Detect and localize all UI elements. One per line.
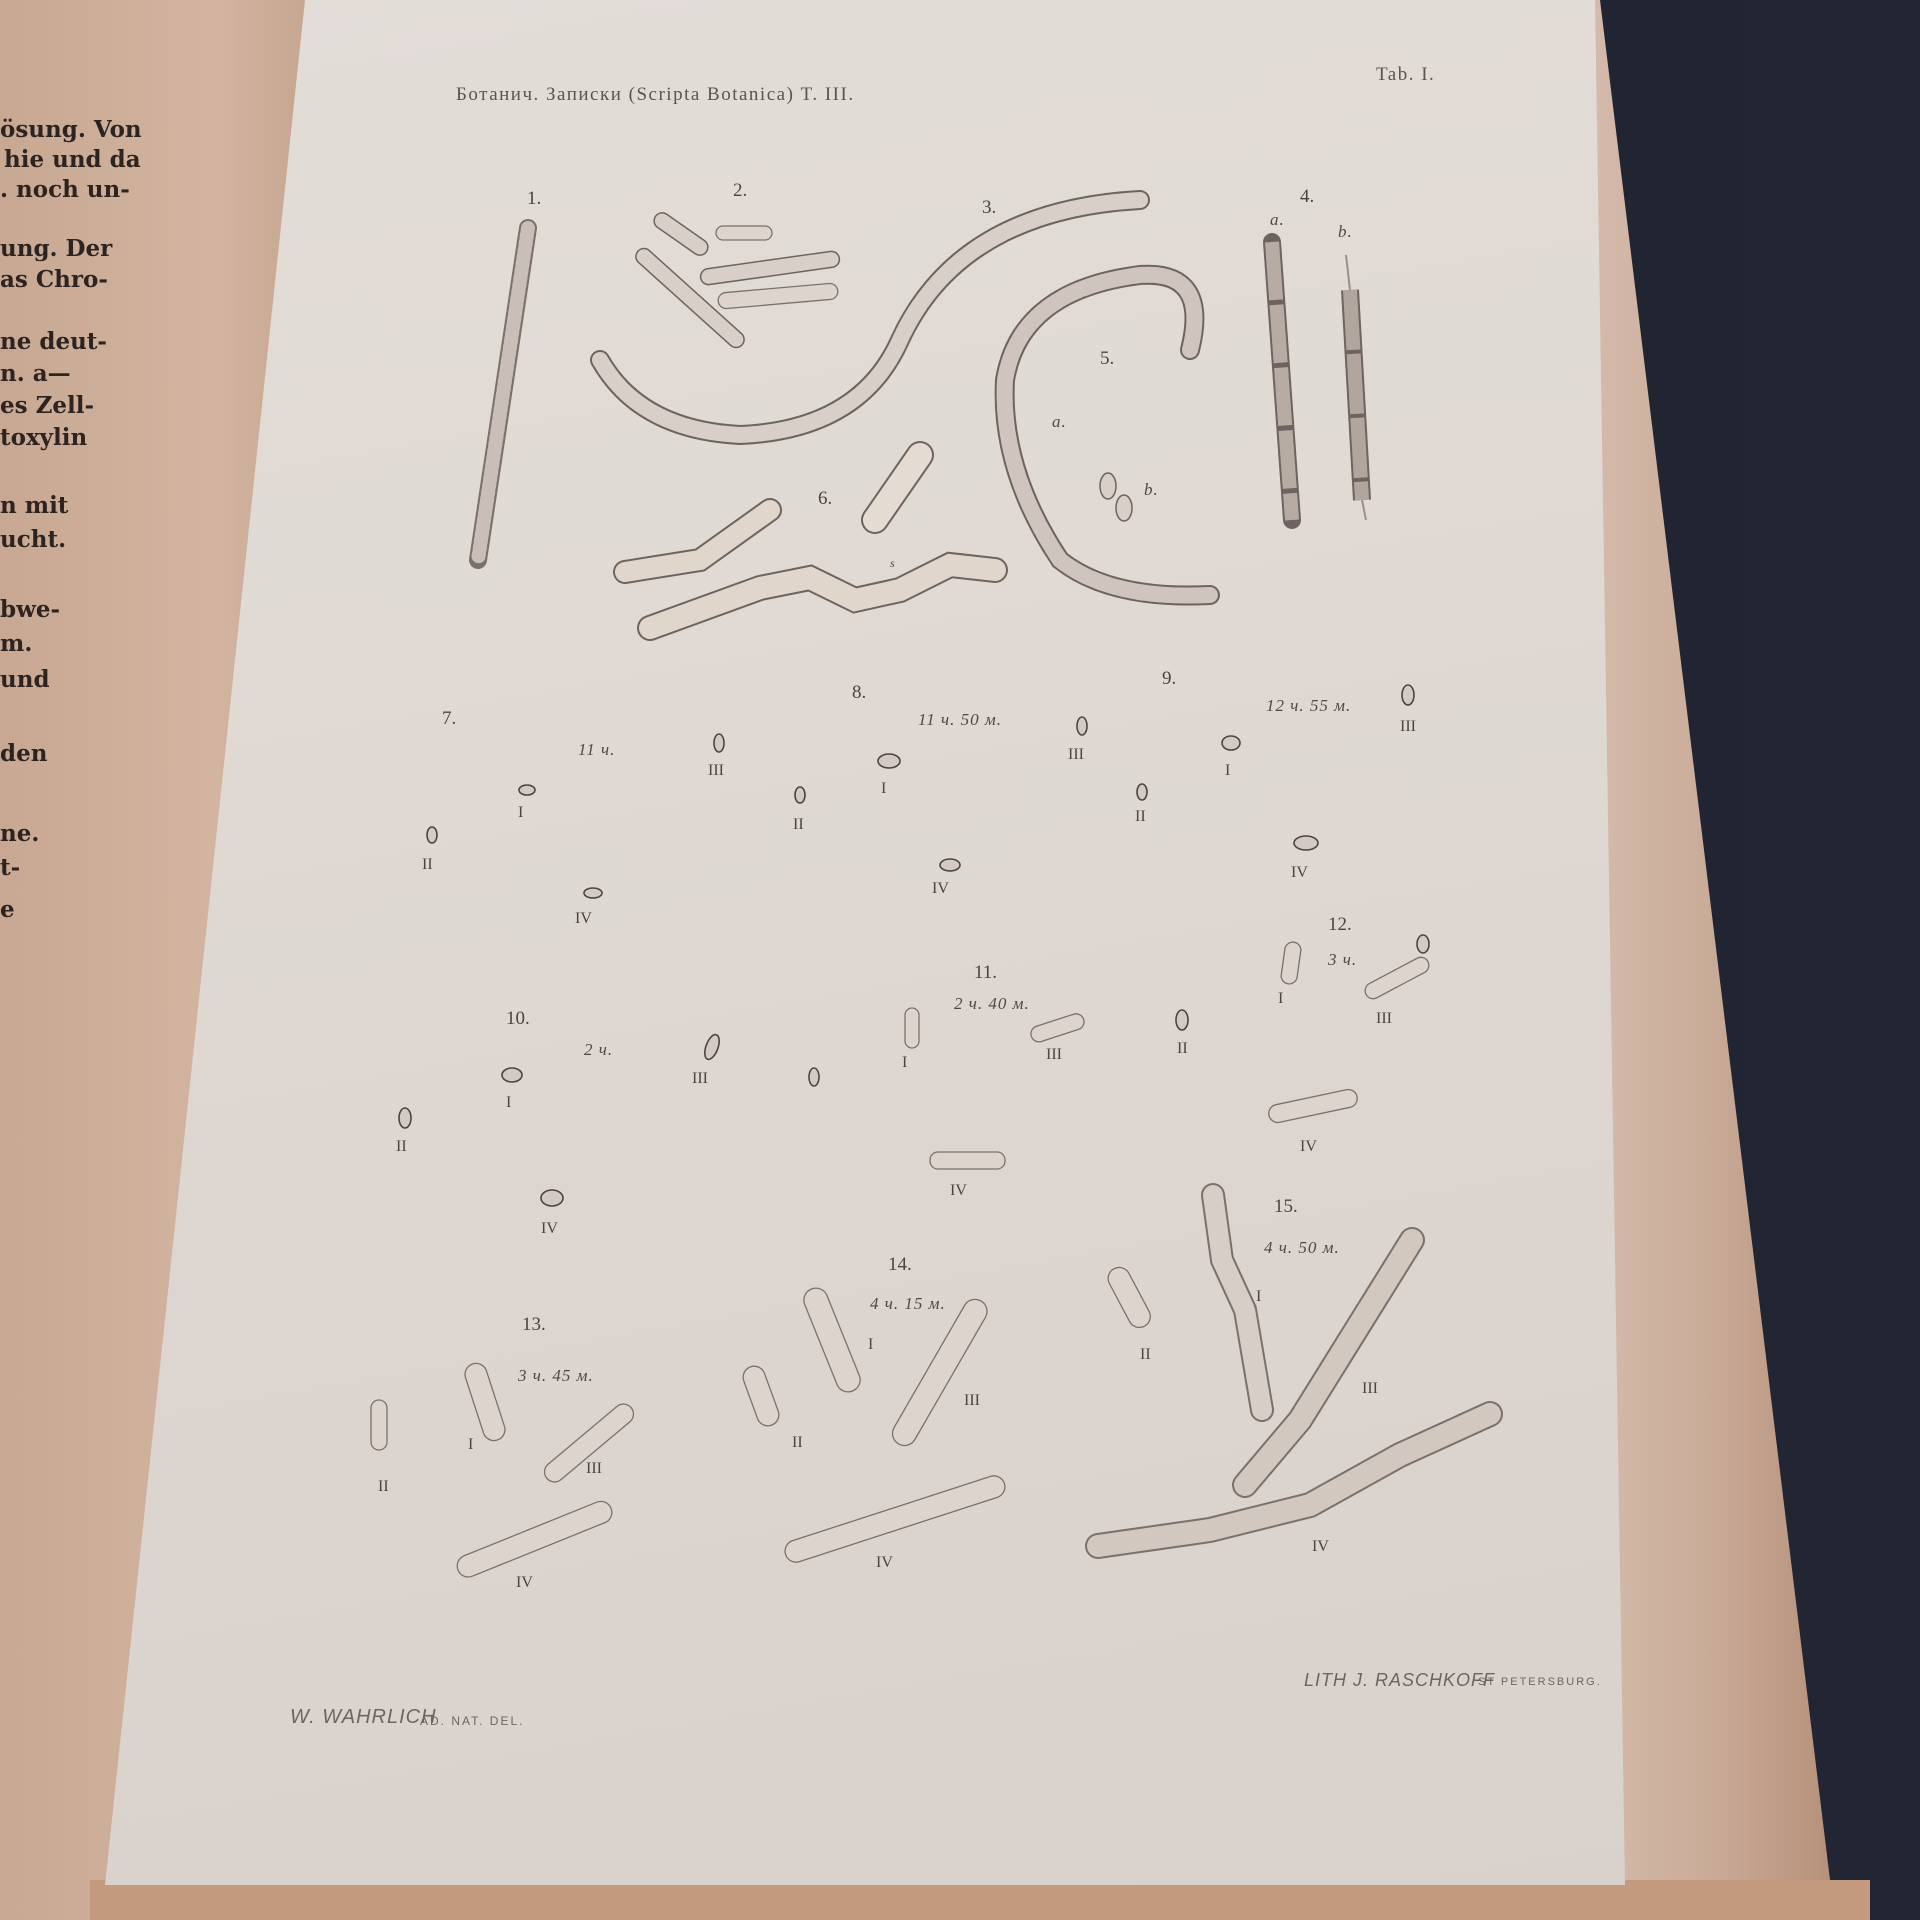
figure-label: 2.	[733, 180, 747, 202]
book-bottom-edge	[90, 1880, 1870, 1920]
plate-page	[105, 0, 1705, 1885]
figure-label: 12.	[1328, 914, 1352, 936]
stage-label: III	[1046, 1046, 1062, 1064]
figure-label: 9.	[1162, 668, 1176, 690]
stage-label: I	[868, 1336, 873, 1354]
text-line: . noch un-	[0, 178, 130, 201]
text-line: ne deut-	[0, 330, 107, 353]
figure-sublabel: b.	[1338, 222, 1353, 242]
stage-label: IV	[1300, 1138, 1317, 1156]
figure-label: 7.	[442, 708, 456, 730]
text-line: ösung. Von	[0, 118, 142, 141]
text-line: n mit	[0, 494, 68, 517]
stage-label: IV	[932, 880, 949, 898]
figure-sublabel: a.	[1052, 412, 1067, 432]
text-line: ucht.	[0, 528, 66, 551]
figure-marker: s	[890, 556, 896, 571]
figure-sublabel: a.	[1270, 210, 1285, 230]
figure-label: 13.	[522, 1314, 546, 1336]
figure-label: 8.	[852, 682, 866, 704]
stage-label: IV	[1291, 864, 1308, 882]
stage-label: II	[378, 1478, 389, 1496]
stage-label: I	[902, 1054, 907, 1072]
time-label: 3 ч.	[1328, 950, 1357, 970]
stage-label: III	[692, 1070, 708, 1088]
stage-label: IV	[1312, 1538, 1329, 1556]
text-line: t-	[0, 856, 20, 879]
lithographer-suffix: ST PETERSBURG.	[1478, 1676, 1602, 1688]
text-line: m.	[0, 632, 32, 655]
stage-label: III	[1068, 746, 1084, 764]
time-label: 2 ч.	[584, 1040, 613, 1060]
figure-label: 3.	[982, 197, 996, 219]
stage-label: III	[1400, 718, 1416, 736]
stage-label: II	[1135, 808, 1146, 826]
figure-label: 15.	[1274, 1196, 1298, 1218]
figure-label: 6.	[818, 488, 832, 510]
stage-label: I	[1256, 1288, 1261, 1306]
stage-label: III	[586, 1460, 602, 1478]
stage-label: IV	[541, 1220, 558, 1238]
figure-label: 5.	[1100, 348, 1114, 370]
lithographer-name: LITH J. RASCHKOFF	[1304, 1670, 1495, 1691]
text-line: toxylin	[0, 426, 87, 449]
text-line: as Chro-	[0, 268, 108, 291]
stage-label: I	[1278, 990, 1283, 1008]
stage-label: II	[1140, 1346, 1151, 1364]
stage-label: I	[468, 1436, 473, 1454]
stage-label: IV	[950, 1182, 967, 1200]
text-line: ung. Der	[0, 237, 112, 260]
stage-label: II	[792, 1434, 803, 1452]
time-label: 11 ч.	[578, 740, 615, 760]
time-label: 4 ч. 50 м.	[1264, 1238, 1340, 1258]
figure-label: 4.	[1300, 186, 1314, 208]
text-line: den	[0, 742, 47, 765]
artist-name: W. WAHRLICH	[290, 1706, 437, 1729]
text-line: hie und da	[4, 148, 141, 171]
text-line: ne.	[0, 822, 39, 845]
time-label: 2 ч. 40 м.	[954, 994, 1030, 1014]
figure-label: 1.	[527, 188, 541, 210]
stage-label: I	[881, 780, 886, 798]
time-label: 12 ч. 55 м.	[1266, 696, 1351, 716]
stage-label: I	[518, 804, 523, 822]
stage-label: III	[1376, 1010, 1392, 1028]
stage-label: II	[422, 856, 433, 874]
stage-label: II	[396, 1138, 407, 1156]
text-line: e	[0, 898, 15, 921]
journal-header: Ботанич. Записки (Scripta Botanica) T. I…	[456, 84, 855, 106]
figure-label: 14.	[888, 1254, 912, 1276]
time-label: 11 ч. 50 м.	[918, 710, 1002, 730]
artist-suffix: AD. NAT. DEL.	[420, 1714, 524, 1728]
plate-number: Tab. I.	[1376, 64, 1435, 86]
text-line: und	[0, 668, 50, 691]
time-label: 4 ч. 15 м.	[870, 1294, 946, 1314]
text-line: n. a—	[0, 362, 71, 385]
stage-label: IV	[516, 1574, 533, 1592]
figure-label: 11.	[974, 962, 997, 984]
text-line: es Zell-	[0, 394, 94, 417]
stage-label: IV	[876, 1554, 893, 1572]
text-line: bwe-	[0, 598, 60, 621]
stage-label: III	[964, 1392, 980, 1410]
stage-label: II	[1177, 1040, 1188, 1058]
time-label: 3 ч. 45 м.	[518, 1366, 594, 1386]
stage-label: III	[1362, 1380, 1378, 1398]
figure-label: 10.	[506, 1008, 530, 1030]
stage-label: I	[506, 1094, 511, 1112]
stage-label: IV	[575, 910, 592, 928]
figure-sublabel: b.	[1144, 480, 1159, 500]
stage-label: I	[1225, 762, 1230, 780]
stage-label: II	[793, 816, 804, 834]
stage-label: III	[708, 762, 724, 780]
